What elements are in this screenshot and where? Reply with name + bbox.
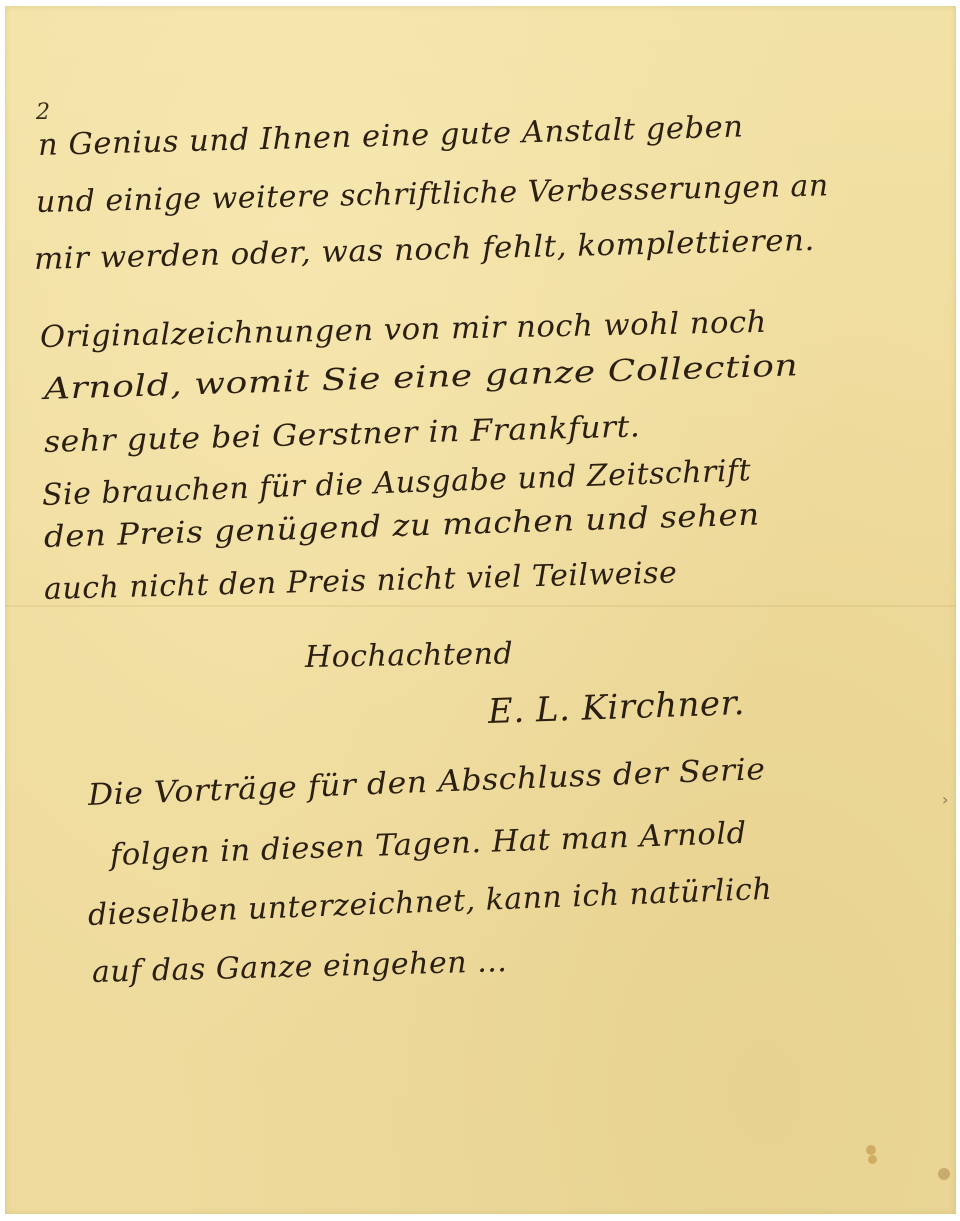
- margin-mark: ›: [942, 790, 948, 809]
- paper-stain: [866, 1145, 876, 1155]
- paper-stain-corner: [938, 1168, 950, 1180]
- paper-fold-line: [5, 605, 956, 607]
- paper-stain: [868, 1155, 877, 1164]
- page-number: 2: [36, 100, 50, 125]
- closing: Hochachtend: [305, 636, 514, 675]
